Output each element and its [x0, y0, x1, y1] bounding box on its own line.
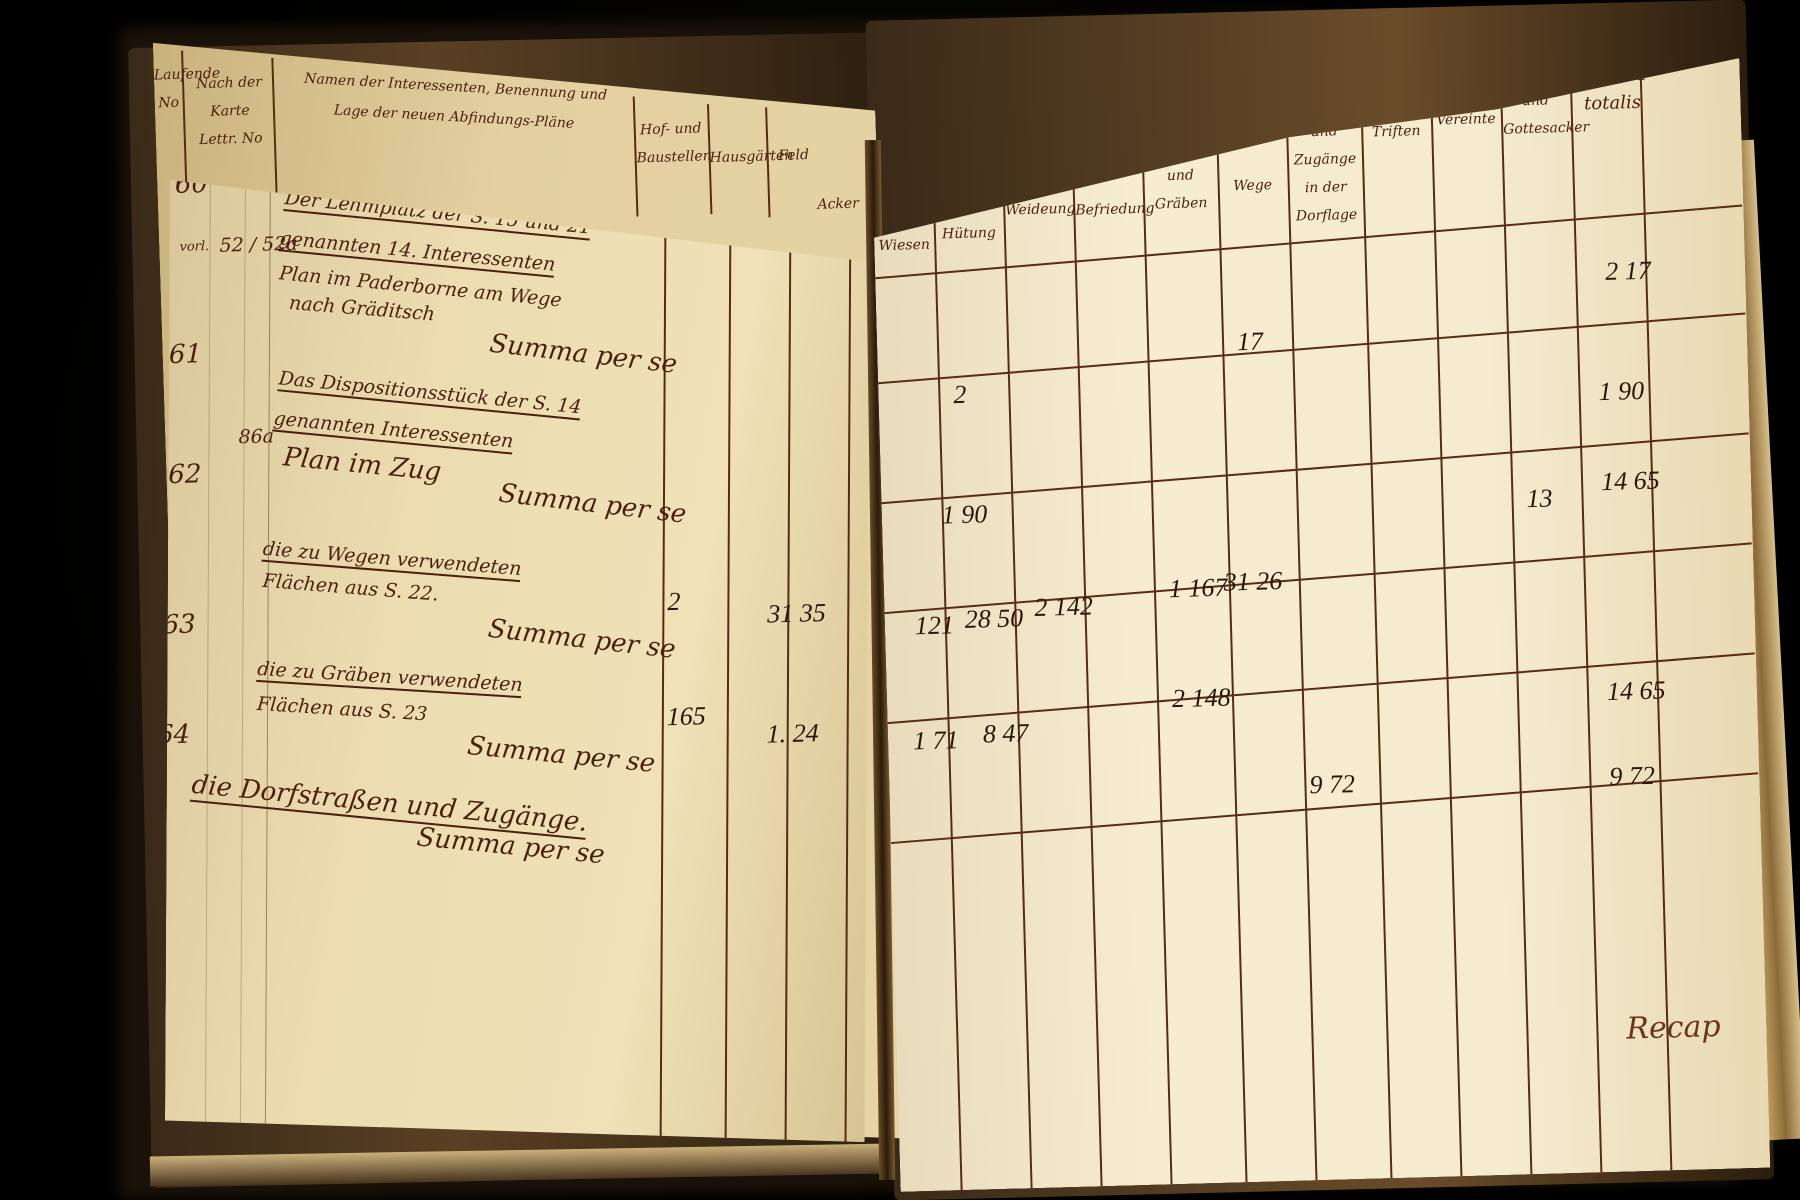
roads-value: 1 167: [1169, 573, 1228, 605]
value-arable: 1. 24: [767, 718, 819, 749]
right-page: Wiesen Hütung Gemeine Weideung Befriedun…: [870, 58, 1771, 1192]
meadows-value: 121: [914, 610, 954, 641]
rule: [725, 215, 732, 1145]
rule: [1072, 157, 1103, 1187]
sum-label: Summa per se: [497, 478, 688, 529]
rule: [845, 232, 852, 1142]
entry-number: 62: [168, 459, 201, 490]
header-roads: Wege: [1219, 171, 1286, 201]
rule: [1500, 85, 1532, 1175]
waters-value: 2 148: [1172, 683, 1231, 715]
value-yards: 2: [667, 587, 680, 617]
parcel-ref: 52 / 52a: [219, 233, 297, 257]
rule: [1430, 97, 1462, 1177]
left-page-entries: 60 Der Lehmplatz der S. 15 und 21 genann…: [165, 142, 870, 1161]
value-gardens: 165: [667, 701, 706, 732]
rule: [1002, 169, 1032, 1189]
header-yards: Hof- und Baustellen: [635, 114, 707, 172]
header-field: Feld: [768, 141, 819, 171]
meadows-value: 1 71: [913, 725, 959, 756]
entry-number: 63: [165, 609, 196, 640]
recap-value: 9 72: [1309, 769, 1355, 800]
pasture-value: 28 50: [964, 603, 1023, 635]
rule: [1640, 66, 1673, 1171]
header-running-no: Laufende No: [153, 61, 183, 118]
header-pasture: Hütung: [936, 219, 1003, 249]
rule: [1286, 121, 1318, 1181]
entry-number: 64: [165, 720, 190, 751]
dams-value: 17: [1237, 326, 1264, 357]
dams-value: 31 26: [1223, 566, 1282, 598]
sum-label: Summa per se: [466, 731, 657, 779]
meadows-value: 2: [953, 380, 967, 410]
parcel-prefix: vorl.: [179, 239, 209, 255]
recap-signature: Recap: [1626, 1009, 1721, 1047]
rule: [932, 181, 962, 1191]
faint-rule: [240, 158, 246, 1159]
summa-value: 9 72: [1609, 761, 1655, 792]
entry-line: Plan im Zug: [281, 442, 442, 487]
rule: [1361, 109, 1393, 1179]
summa-value: 14 65: [1607, 675, 1666, 707]
common-grazing-value: 2 142: [1034, 591, 1093, 623]
rule: [1570, 73, 1603, 1173]
entry-line: die zu Gräben verwendeten: [256, 658, 523, 698]
sum-label: Summa per se: [488, 329, 679, 380]
value-arable: 31 35: [767, 598, 826, 630]
rule: [785, 224, 792, 1144]
sum-label: Summa per se: [486, 614, 677, 665]
header-map-parcel: Nach der Karte Lettr. No: [194, 68, 267, 154]
parcel-ref: 86a: [238, 425, 274, 448]
header-enclosure: Befriedung: [1075, 195, 1142, 225]
rule: [1216, 133, 1247, 1183]
rule: [1142, 145, 1173, 1185]
entry-line: Flächen aus S. 23: [256, 693, 428, 725]
entry-number: 61: [169, 339, 202, 370]
faint-rule: [205, 159, 211, 1160]
meadows-value: 1 90: [941, 499, 987, 530]
header-gardens: Hausgärten: [709, 142, 766, 172]
header-arable: Acker: [808, 189, 869, 219]
pasture-value: 8 47: [983, 718, 1029, 749]
summa-value: 2 17: [1605, 256, 1651, 287]
church-value: 13: [1526, 483, 1553, 514]
entry-line: Flächen aus S. 22.: [262, 570, 440, 606]
summa-value: 1 90: [1598, 376, 1644, 407]
summa-value: 14 65: [1601, 465, 1660, 497]
rule: [271, 58, 278, 208]
entry-line: die Dorfstraßen und Zugänge.: [190, 770, 590, 840]
